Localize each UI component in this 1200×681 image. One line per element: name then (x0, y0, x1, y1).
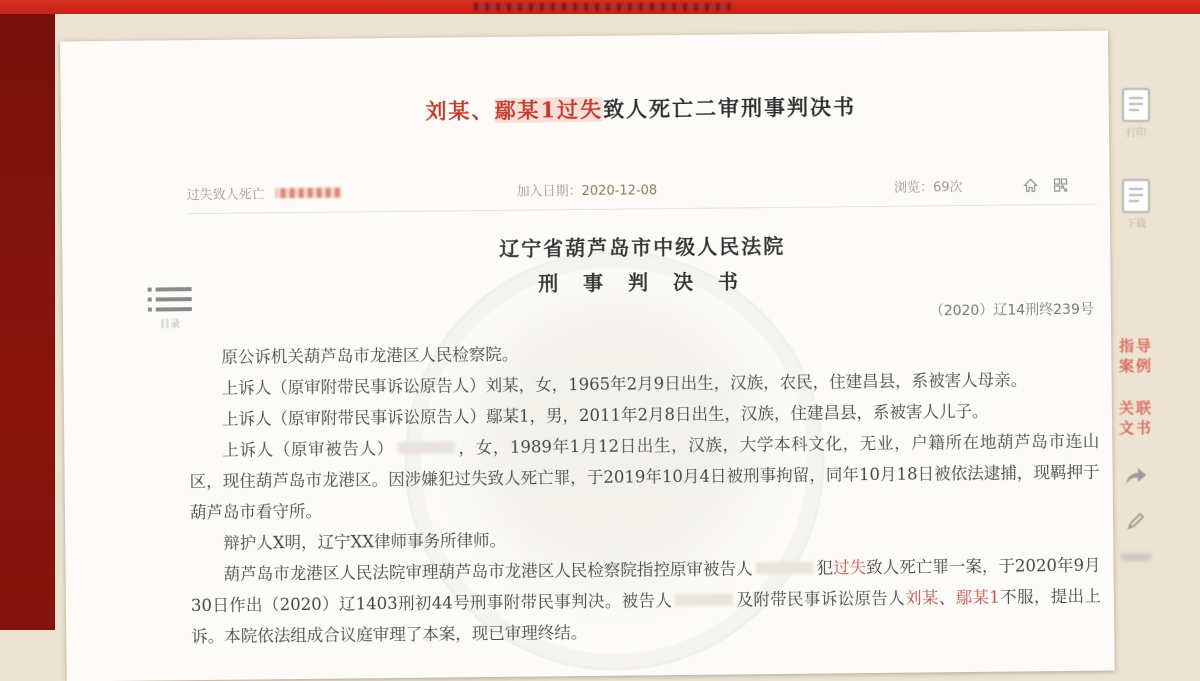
court-name: 辽宁省葫芦岛市中级人民法院 (187, 227, 1097, 266)
title-highlight-name1: 刘某、 (425, 98, 494, 124)
document-icon (1122, 88, 1150, 122)
title-highlight-name2: 鄢某1过失 (494, 97, 603, 123)
highlight-crime: 过失 (833, 558, 866, 577)
date-added: 加入日期：2020-12-08 (517, 177, 895, 200)
paragraph-procedure: 葫芦岛市龙港区人民法院审理葫芦岛市龙港区人民检察院指控原审被告人犯过失致人死亡罪… (190, 550, 1101, 630)
meta-bar: 过失致人死亡 加入日期：2020-12-08 浏览：69次 (187, 175, 1097, 215)
home-icon[interactable] (1022, 177, 1038, 193)
paragraph-defendant: 上诉人（原审被告人），女，1989年1月12日出生，汉族，大学本科文化，无业，户… (189, 426, 1100, 529)
left-edge-strip (0, 14, 55, 630)
date-label: 加入日期： (517, 184, 582, 200)
category-label: 过失致人死亡 (187, 183, 265, 203)
print-label: 打印 (1116, 124, 1156, 139)
topbar-title-pill (445, 1, 760, 13)
title-rest: 致人死亡二审刑事判决书 (603, 94, 856, 122)
date-value: 2020-12-08 (582, 183, 658, 199)
share-icon[interactable] (1114, 466, 1158, 492)
document-type: 刑 事 判 决 书 (187, 262, 1097, 301)
guiding-cases-button[interactable]: 指导 案例 (1114, 336, 1158, 376)
highlighted-keyword-token (271, 184, 347, 201)
pen-icon[interactable] (1114, 510, 1158, 536)
download-button[interactable]: 下载 (1116, 179, 1156, 230)
redacted-name (756, 562, 814, 575)
views-label: 浏览： (894, 180, 933, 195)
top-bar (0, 0, 1200, 14)
redacted-name (397, 441, 455, 454)
qr-code-icon[interactable] (1052, 176, 1068, 192)
judgment-document: 刘某、鄢某1过失致人死亡二审刑事判决书 过失致人死亡 加入日期：2020-12-… (60, 31, 1114, 630)
view-count: 浏览：69次 (894, 176, 963, 196)
highlight-name2: 鄢某1 (956, 588, 1000, 607)
document-icon (1122, 179, 1150, 213)
highlight-name1: 刘某 (905, 588, 939, 607)
print-button[interactable]: 打印 (1116, 88, 1156, 139)
document-card: 目录 刘某、鄢某1过失致人死亡二审刑事判决书 过失致人死亡 加入日期：2020-… (60, 31, 1115, 630)
small-caption-blur (1121, 554, 1151, 561)
case-number: （2020）辽14刑终239号 (188, 299, 1098, 329)
page-title: 刘某、鄢某1过失致人死亡二审刑事判决书 (186, 89, 1096, 129)
document-body: 原公诉机关葫芦岛市龙港区人民检察院。 上诉人（原审附带民事诉讼原告人）刘某，女，… (188, 333, 1101, 630)
redacted-name (675, 593, 733, 606)
related-documents-button[interactable]: 关联 文书 (1114, 398, 1158, 438)
views-value: 69次 (933, 180, 963, 195)
download-label: 下载 (1116, 215, 1156, 230)
right-tool-rail: 打印 下载 指导 案例 关联 文书 (1112, 88, 1192, 561)
